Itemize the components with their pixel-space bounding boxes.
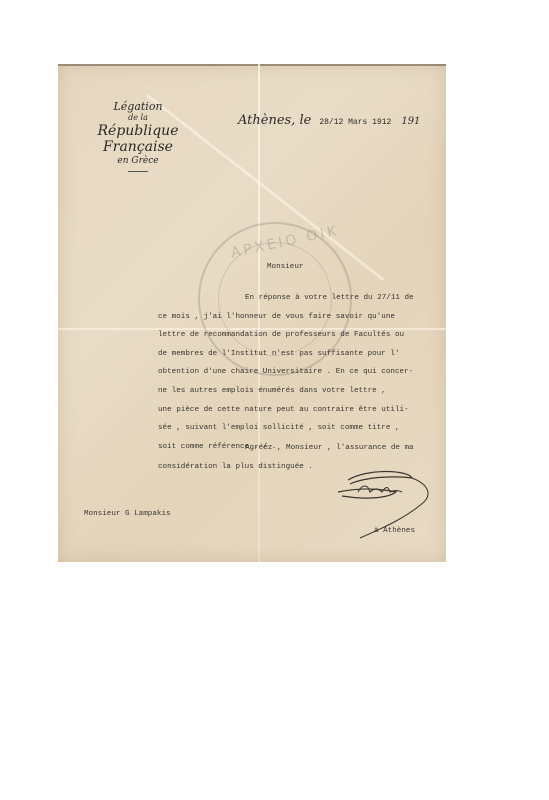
letterhead-rule	[128, 171, 148, 172]
dateline: Athènes, le 28/12 Mars 1912 191	[238, 111, 420, 129]
body-line: En réponse à votre lettre du 27/11 de	[158, 289, 414, 308]
letterhead-line-3: République Française	[68, 123, 208, 155]
body-line: de membres de l'Institut n'est pas suffi…	[158, 345, 414, 364]
letterhead-line-1: Légation	[68, 100, 208, 113]
date-suffix: 191	[401, 116, 420, 127]
date-place: Athènes, le	[238, 113, 311, 128]
stamp-text: ΑΡΧΕΙΟ ΟΙΚ	[230, 223, 341, 262]
recipient: Monsieur G Lampakis	[84, 510, 171, 518]
body-line: une pièce de cette nature peut au contra…	[158, 401, 414, 420]
letterhead-line-2: de la	[68, 113, 208, 123]
salutation: Monsieur	[267, 263, 303, 271]
letter-body: En réponse à votre lettre du 27/11 de ce…	[158, 289, 414, 456]
body-line: sée , suivant l'emploi sollicité , soit …	[158, 419, 414, 438]
letterhead-line-4: en Grèce	[68, 155, 208, 167]
recipient-location: à Athènes	[374, 527, 415, 535]
body-line: ce mois , j'ai l'honneur de vous faire s…	[158, 308, 414, 327]
date-value: 28/12 Mars 1912	[319, 118, 391, 127]
body-line: lettre de recommandation de professeurs …	[158, 326, 414, 345]
body-line: obtention d'une chaire Universitaire . E…	[158, 363, 414, 382]
letter-page: ΑΡΧΕΙΟ ΟΙΚ Légation de la République Fra…	[58, 64, 446, 562]
closing-line: Agréez , Monsieur , l'assurance de ma	[158, 439, 414, 458]
letterhead: Légation de la République Française en G…	[68, 100, 208, 172]
body-line: ne les autres emplois énumérés dans votr…	[158, 382, 414, 401]
